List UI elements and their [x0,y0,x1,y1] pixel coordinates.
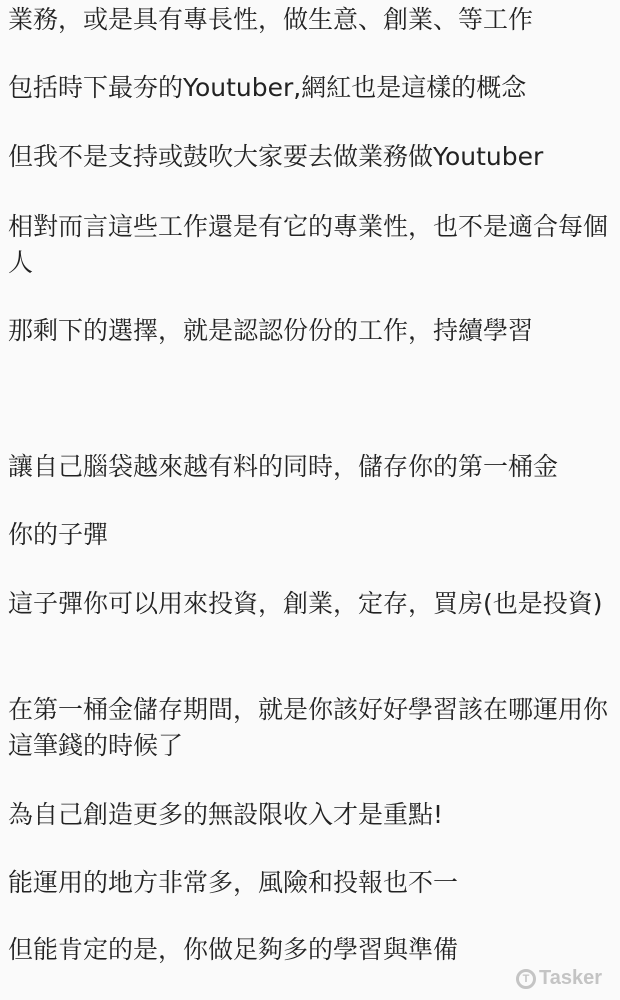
paragraph: 業務，或是具有專長性，做生意、創業、等工作 [8,2,616,38]
paragraph: 但我不是支持或鼓吹大家要去做業務做Youtuber [8,139,616,175]
paragraph: 在第一桶金儲存期間，就是你該好好學習該在哪運用你這筆錢的時候了 [8,692,616,764]
watermark-label: Tasker [539,967,602,990]
paragraph: 為自己創造更多的無設限收入才是重點! [8,797,616,833]
paragraph: 你的子彈 [8,517,616,553]
tasker-watermark: T Tasker [516,967,602,990]
paragraph: 讓自己腦袋越來越有料的同時，儲存你的第一桶金 [8,449,616,485]
paragraph: 這子彈你可以用來投資，創業，定存，買房(也是投資) [8,586,616,622]
paragraph: 但能肯定的是，你做足夠多的學習與準備 [8,932,616,968]
paragraph: 包括時下最夯的Youtuber,網紅也是這樣的概念 [8,70,616,106]
paragraph: 相對而言這些工作還是有它的專業性，也不是適合每個人 [8,209,616,281]
paragraph: 那剩下的選擇，就是認認份份的工作，持續學習 [8,313,616,349]
paragraph: 能運用的地方非常多，風險和投報也不一 [8,865,616,901]
tasker-logo-icon: T [516,969,536,989]
